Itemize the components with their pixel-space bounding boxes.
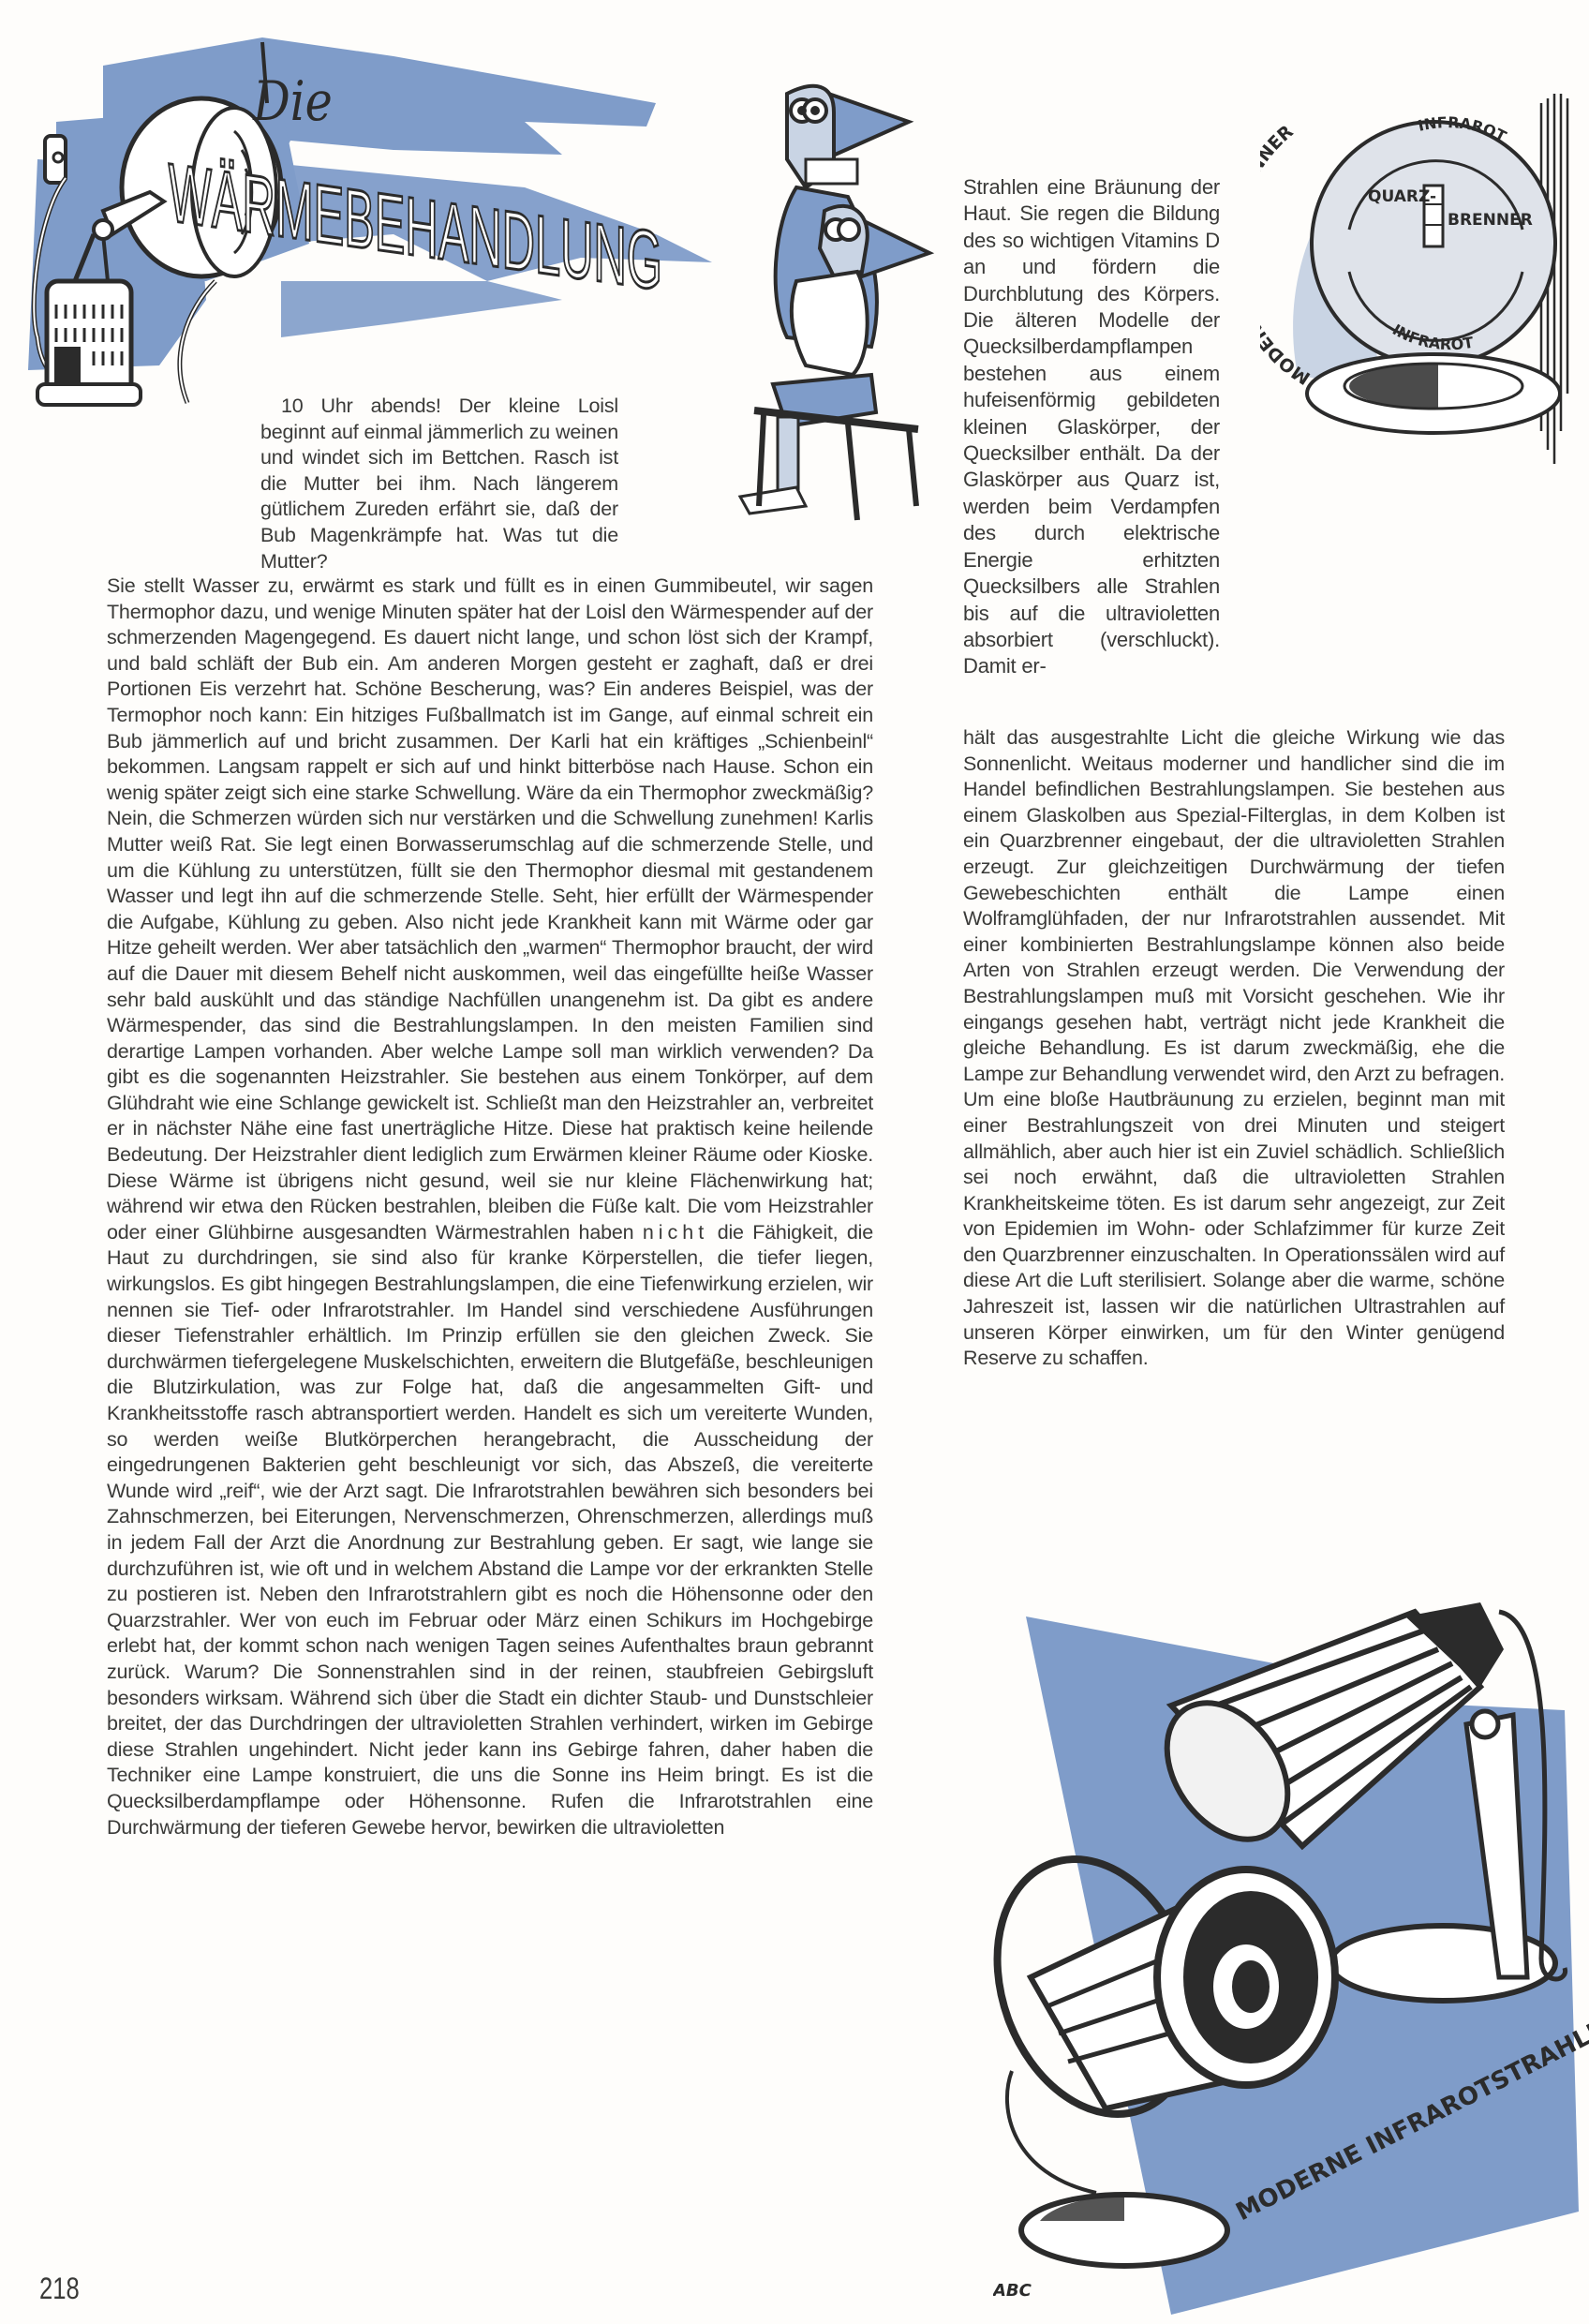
emphasis-nicht: nicht: [643, 1221, 708, 1244]
column-left-text-b: die Fähigkeit, die Haut zu durchdringen,…: [107, 1221, 873, 1839]
intro-text: 10 Uhr abends! Der kleine Loisl beginnt …: [260, 394, 618, 574]
infrared-lamps-illustration: MODERNE INFRAROTSTRAHLER ABC: [993, 1584, 1589, 2324]
boy-on-stool-figure: [684, 56, 937, 525]
article-column-left: Sie stellt Wasser zu, erwärmt es stark u…: [107, 574, 873, 1840]
title-small: Die: [252, 69, 332, 133]
label-brenner: BRENNER: [1448, 211, 1533, 230]
column-right-narrow-text: Strahlen eine Bräunung der Haut. Sie reg…: [963, 174, 1220, 680]
quartz-burner-illustration: QUARZ- BRENNER INFRAROT INFRAROT MODERNE…: [1260, 94, 1588, 469]
cartoon-boy-illustration: [684, 56, 937, 525]
infrared-lamps-art: MODERNE INFRAROTSTRAHLER ABC: [993, 1584, 1589, 2324]
column-right-wide-text: hält das ausgestrahlte Licht die gleiche…: [963, 725, 1505, 1372]
page-number: 218: [39, 2272, 80, 2306]
label-quarz: QUARZ-: [1368, 187, 1436, 206]
article-column-right-narrow: Strahlen eine Bräunung der Haut. Sie reg…: [963, 174, 1220, 680]
artist-signature: ABC: [993, 2281, 1032, 2301]
column-left-text-a: Sie stellt Wasser zu, erwärmt es stark u…: [107, 574, 873, 1244]
column-left-text: Sie stellt Wasser zu, erwärmt es stark u…: [107, 574, 873, 1840]
quartz-burner-art: QUARZ- BRENNER INFRAROT INFRAROT MODERNE…: [1260, 94, 1588, 469]
article-intro-paragraph: 10 Uhr abends! Der kleine Loisl beginnt …: [260, 394, 618, 574]
article-column-right-wide: hält das ausgestrahlte Licht die gleiche…: [963, 725, 1505, 1372]
